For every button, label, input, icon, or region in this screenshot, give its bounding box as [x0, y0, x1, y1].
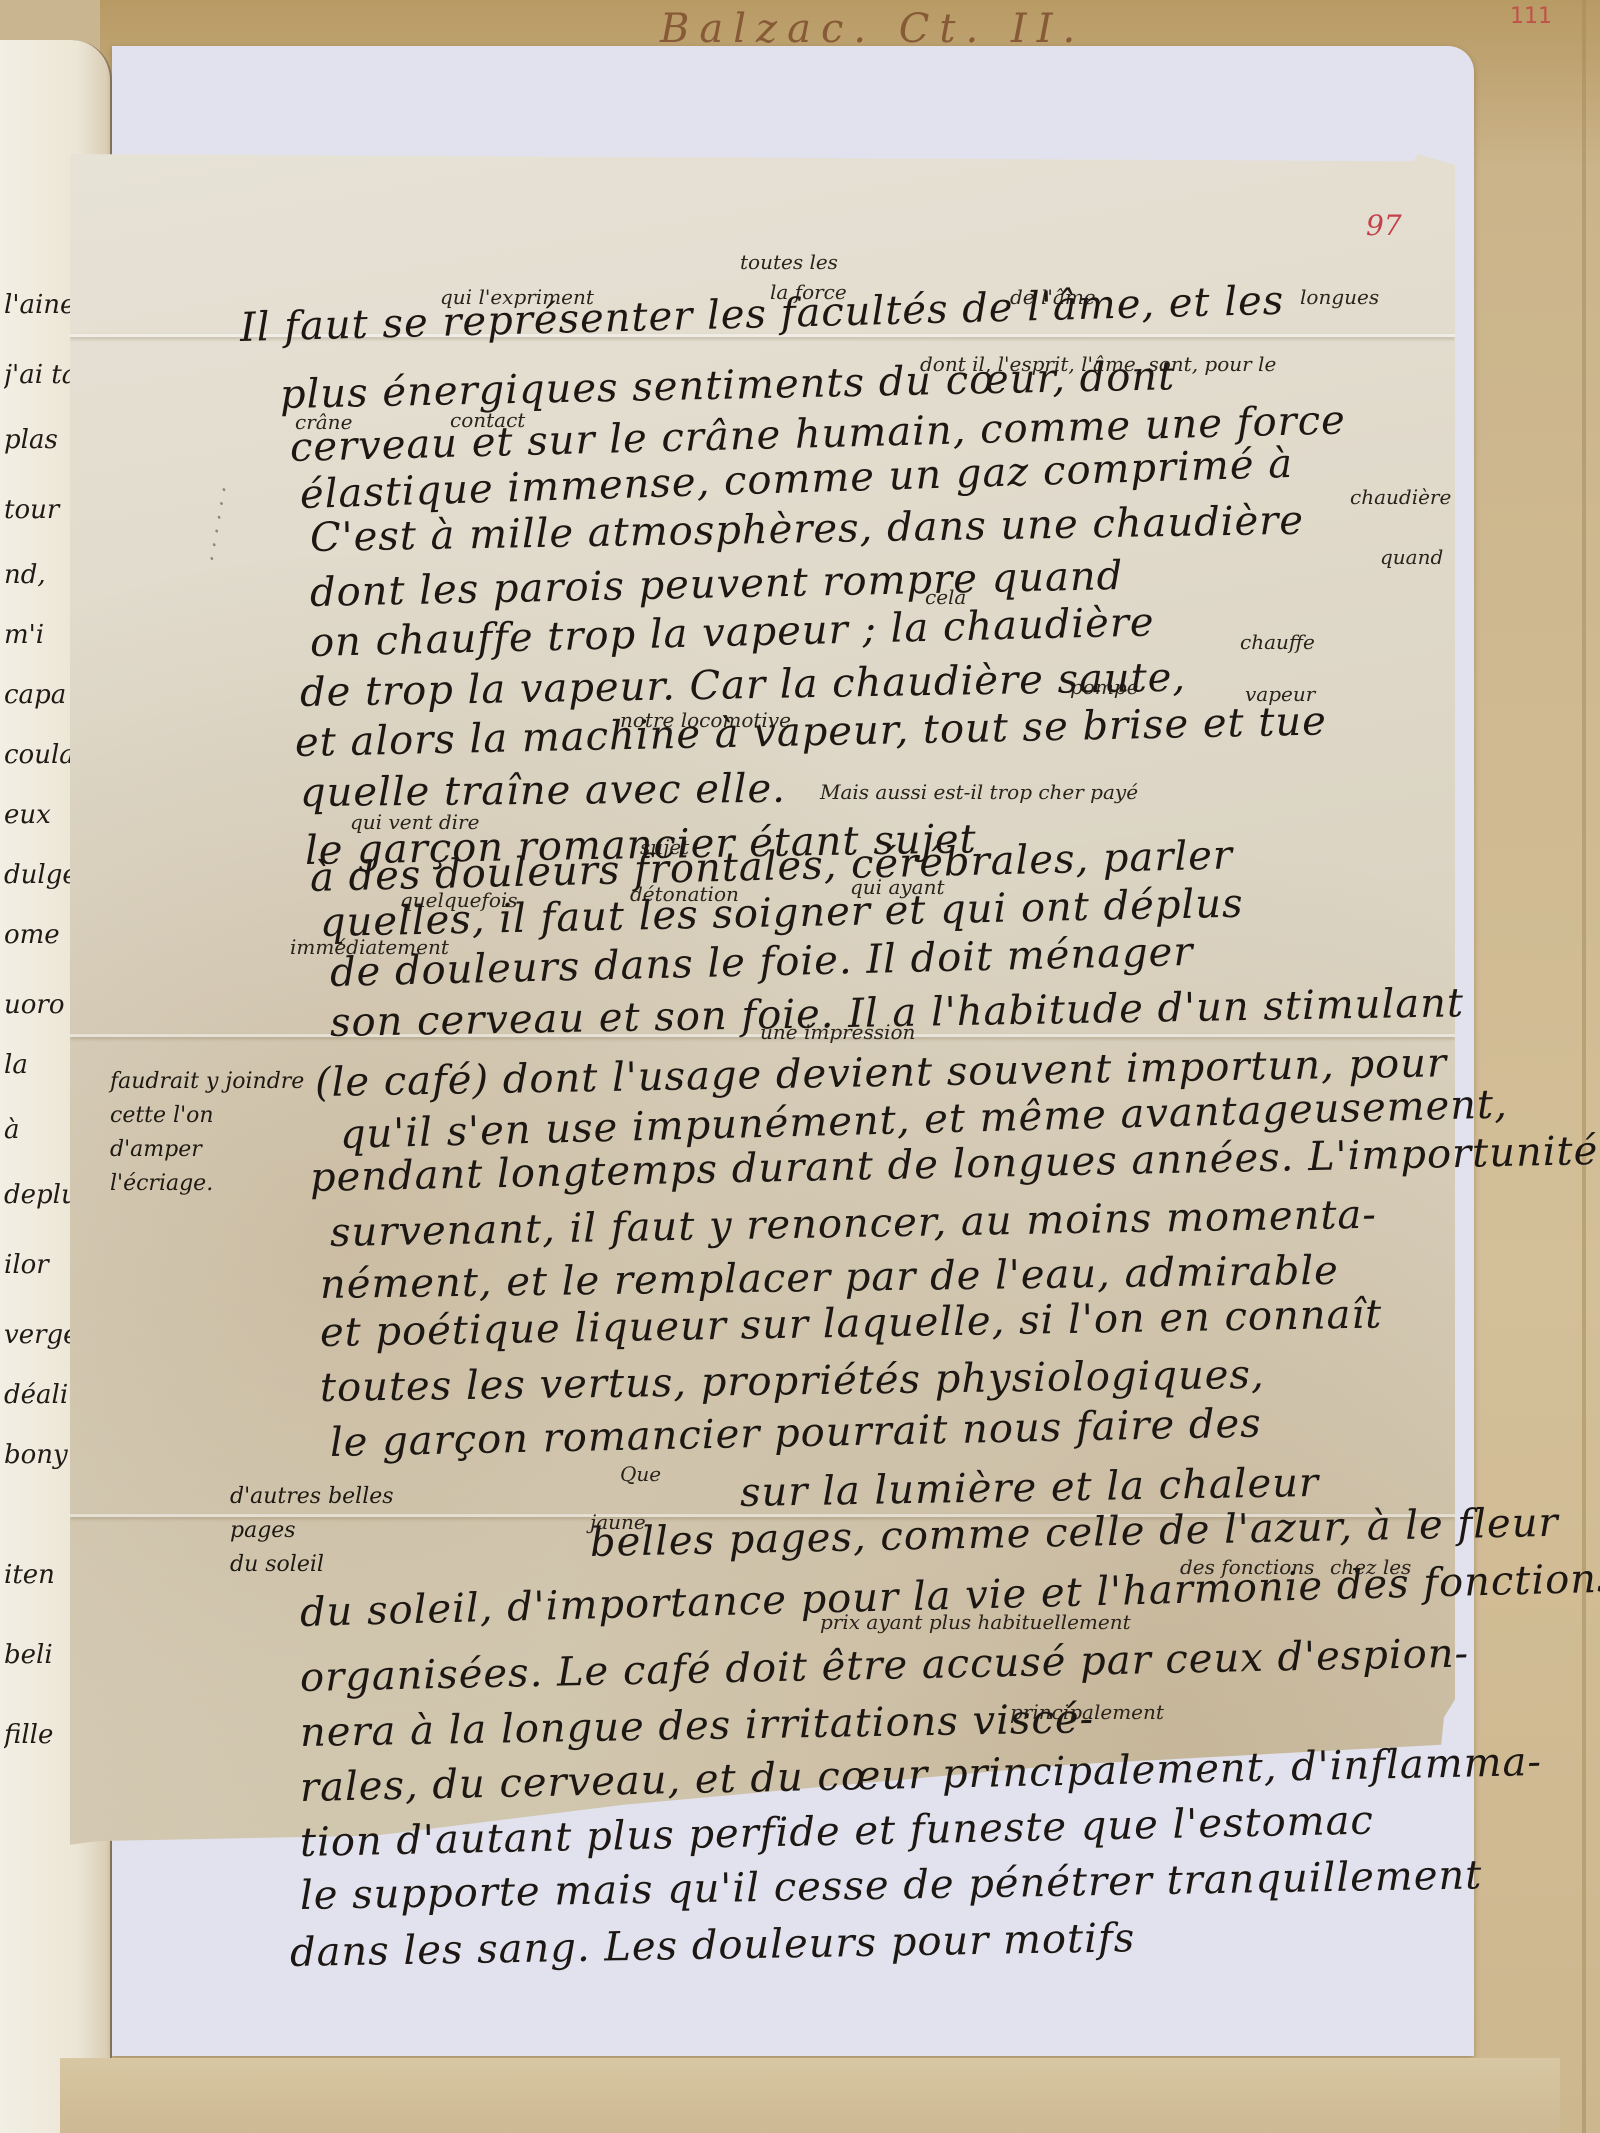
insertion: toutes les: [740, 250, 838, 274]
insertion: chaudière: [1350, 485, 1451, 509]
manuscript-folio-number: 97: [1366, 209, 1402, 242]
insertion: Mais aussi est-il trop cher payé: [820, 780, 1138, 804]
manuscript-line: quelle traîne avec elle.: [300, 766, 786, 816]
margin-note: faudrait y joindre cette l'on d'amper l'…: [110, 1065, 304, 1201]
folder-fold-line: [1582, 0, 1586, 2133]
insertion: Que: [620, 1462, 661, 1486]
insertion: quand: [1380, 545, 1443, 569]
folder-folio-number: 111: [1510, 4, 1552, 29]
margin-note: d'autres belles pages du soleil: [230, 1480, 394, 1582]
insertion: chauffe: [1240, 630, 1315, 654]
insertion: longues: [1300, 285, 1379, 309]
folder-bottom: [60, 2058, 1560, 2133]
